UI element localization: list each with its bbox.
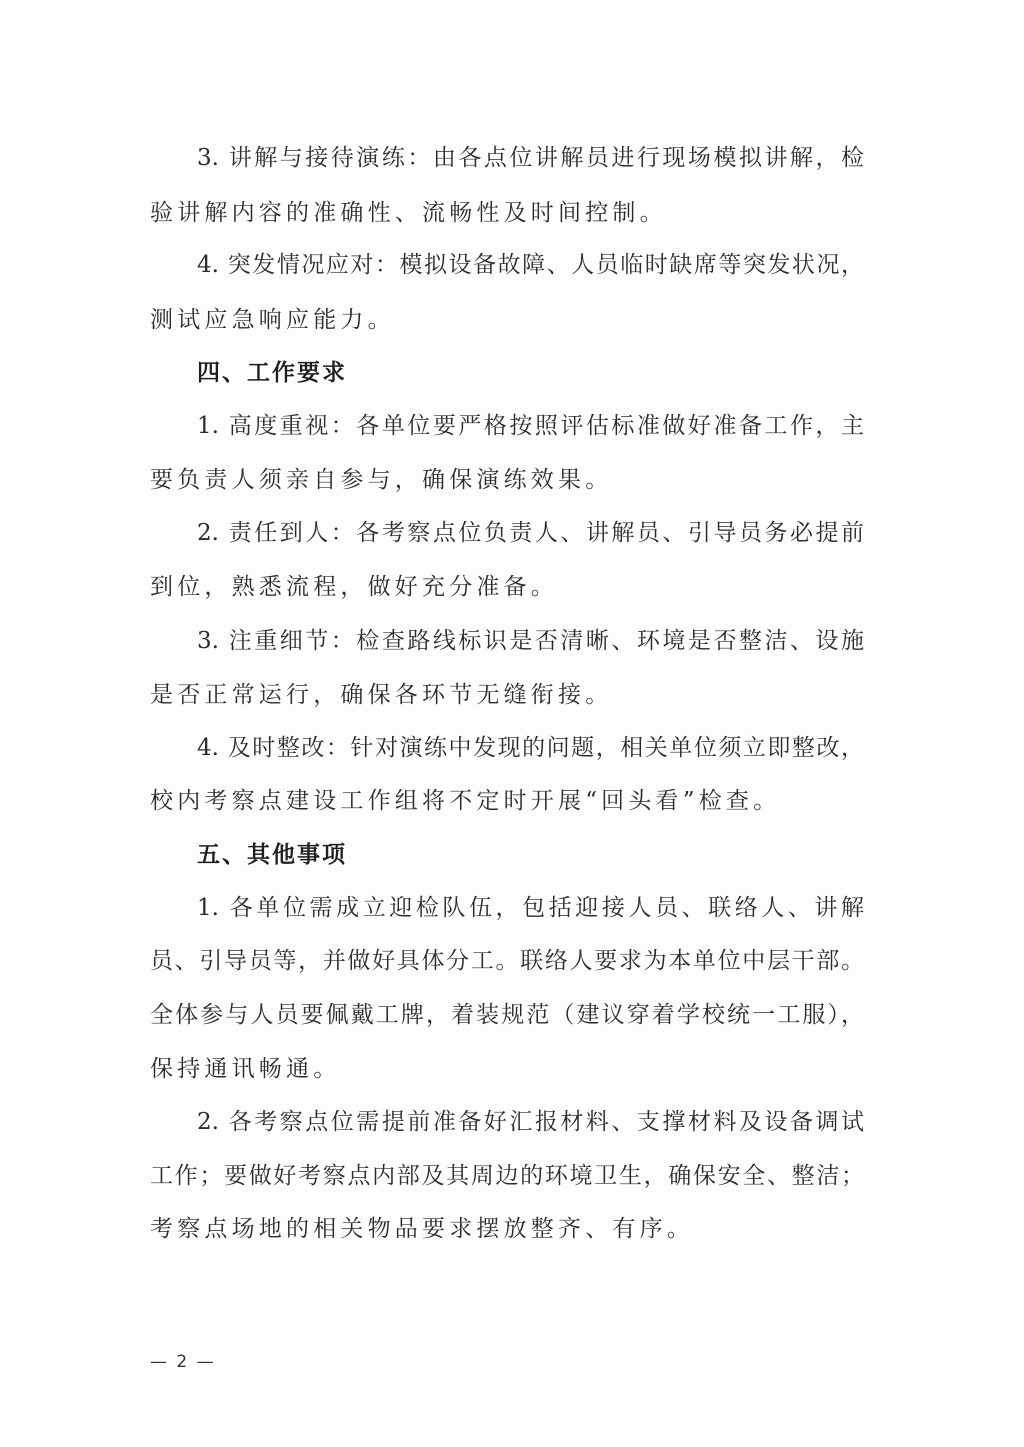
paragraph-line: 1. 高度重视：各单位要严格按照评估标准做好准备工作，主 xyxy=(197,411,864,441)
paragraph-line: 保持通讯畅通。 xyxy=(150,1054,864,1084)
paragraph-line: 2. 各考察点位需提前准备好汇报材料、支撑材料及设备调试 xyxy=(197,1107,864,1137)
paragraph-line: 1. 各单位需成立迎检队伍，包括迎接人员、联络人、讲解 xyxy=(197,893,864,923)
document-page: 3. 讲解与接待演练：由各点位讲解员进行现场模拟讲解，检 验讲解内容的准确性、流… xyxy=(0,0,1024,1447)
paragraph-line: 考察点场地的相关物品要求摆放整齐、有序。 xyxy=(150,1214,864,1244)
paragraph-line: 是否正常运行，确保各环节无缝衔接。 xyxy=(150,680,864,710)
paragraph-line: 员、引导员等，并做好具体分工。联络人要求为本单位中层干部。 xyxy=(150,946,864,976)
paragraph-line: 校内考察点建设工作组将不定时开展“回头看”检查。 xyxy=(150,786,864,816)
paragraph-line: 工作；要做好考察点内部及其周边的环境卫生，确保安全、整洁； xyxy=(150,1161,864,1191)
paragraph-line: 验讲解内容的准确性、流畅性及时间控制。 xyxy=(150,198,864,228)
page-number: — 2 — xyxy=(150,1352,216,1372)
paragraph-line: 全体参与人员要佩戴工牌，着装规范（建议穿着学校统一工服）， xyxy=(150,1000,864,1030)
paragraph-line: 2. 责任到人：各考察点位负责人、讲解员、引导员务必提前 xyxy=(197,518,864,548)
paragraph-line: 3. 讲解与接待演练：由各点位讲解员进行现场模拟讲解，检 xyxy=(197,143,864,173)
paragraph-line: 3. 注重细节：检查路线标识是否清晰、环境是否整洁、设施 xyxy=(197,626,864,656)
paragraph-line: 要负责人须亲自参与，确保演练效果。 xyxy=(150,465,864,495)
paragraph-line: 4. 及时整改：针对演练中发现的问题，相关单位须立即整改， xyxy=(197,733,864,763)
section-heading: 四、工作要求 xyxy=(197,358,864,388)
section-heading: 五、其他事项 xyxy=(197,840,864,870)
paragraph-line: 4. 突发情况应对：模拟设备故障、人员临时缺席等突发状况， xyxy=(197,250,864,280)
paragraph-line: 测试应急响应能力。 xyxy=(150,305,864,335)
paragraph-line: 到位，熟悉流程，做好充分准备。 xyxy=(150,572,864,602)
